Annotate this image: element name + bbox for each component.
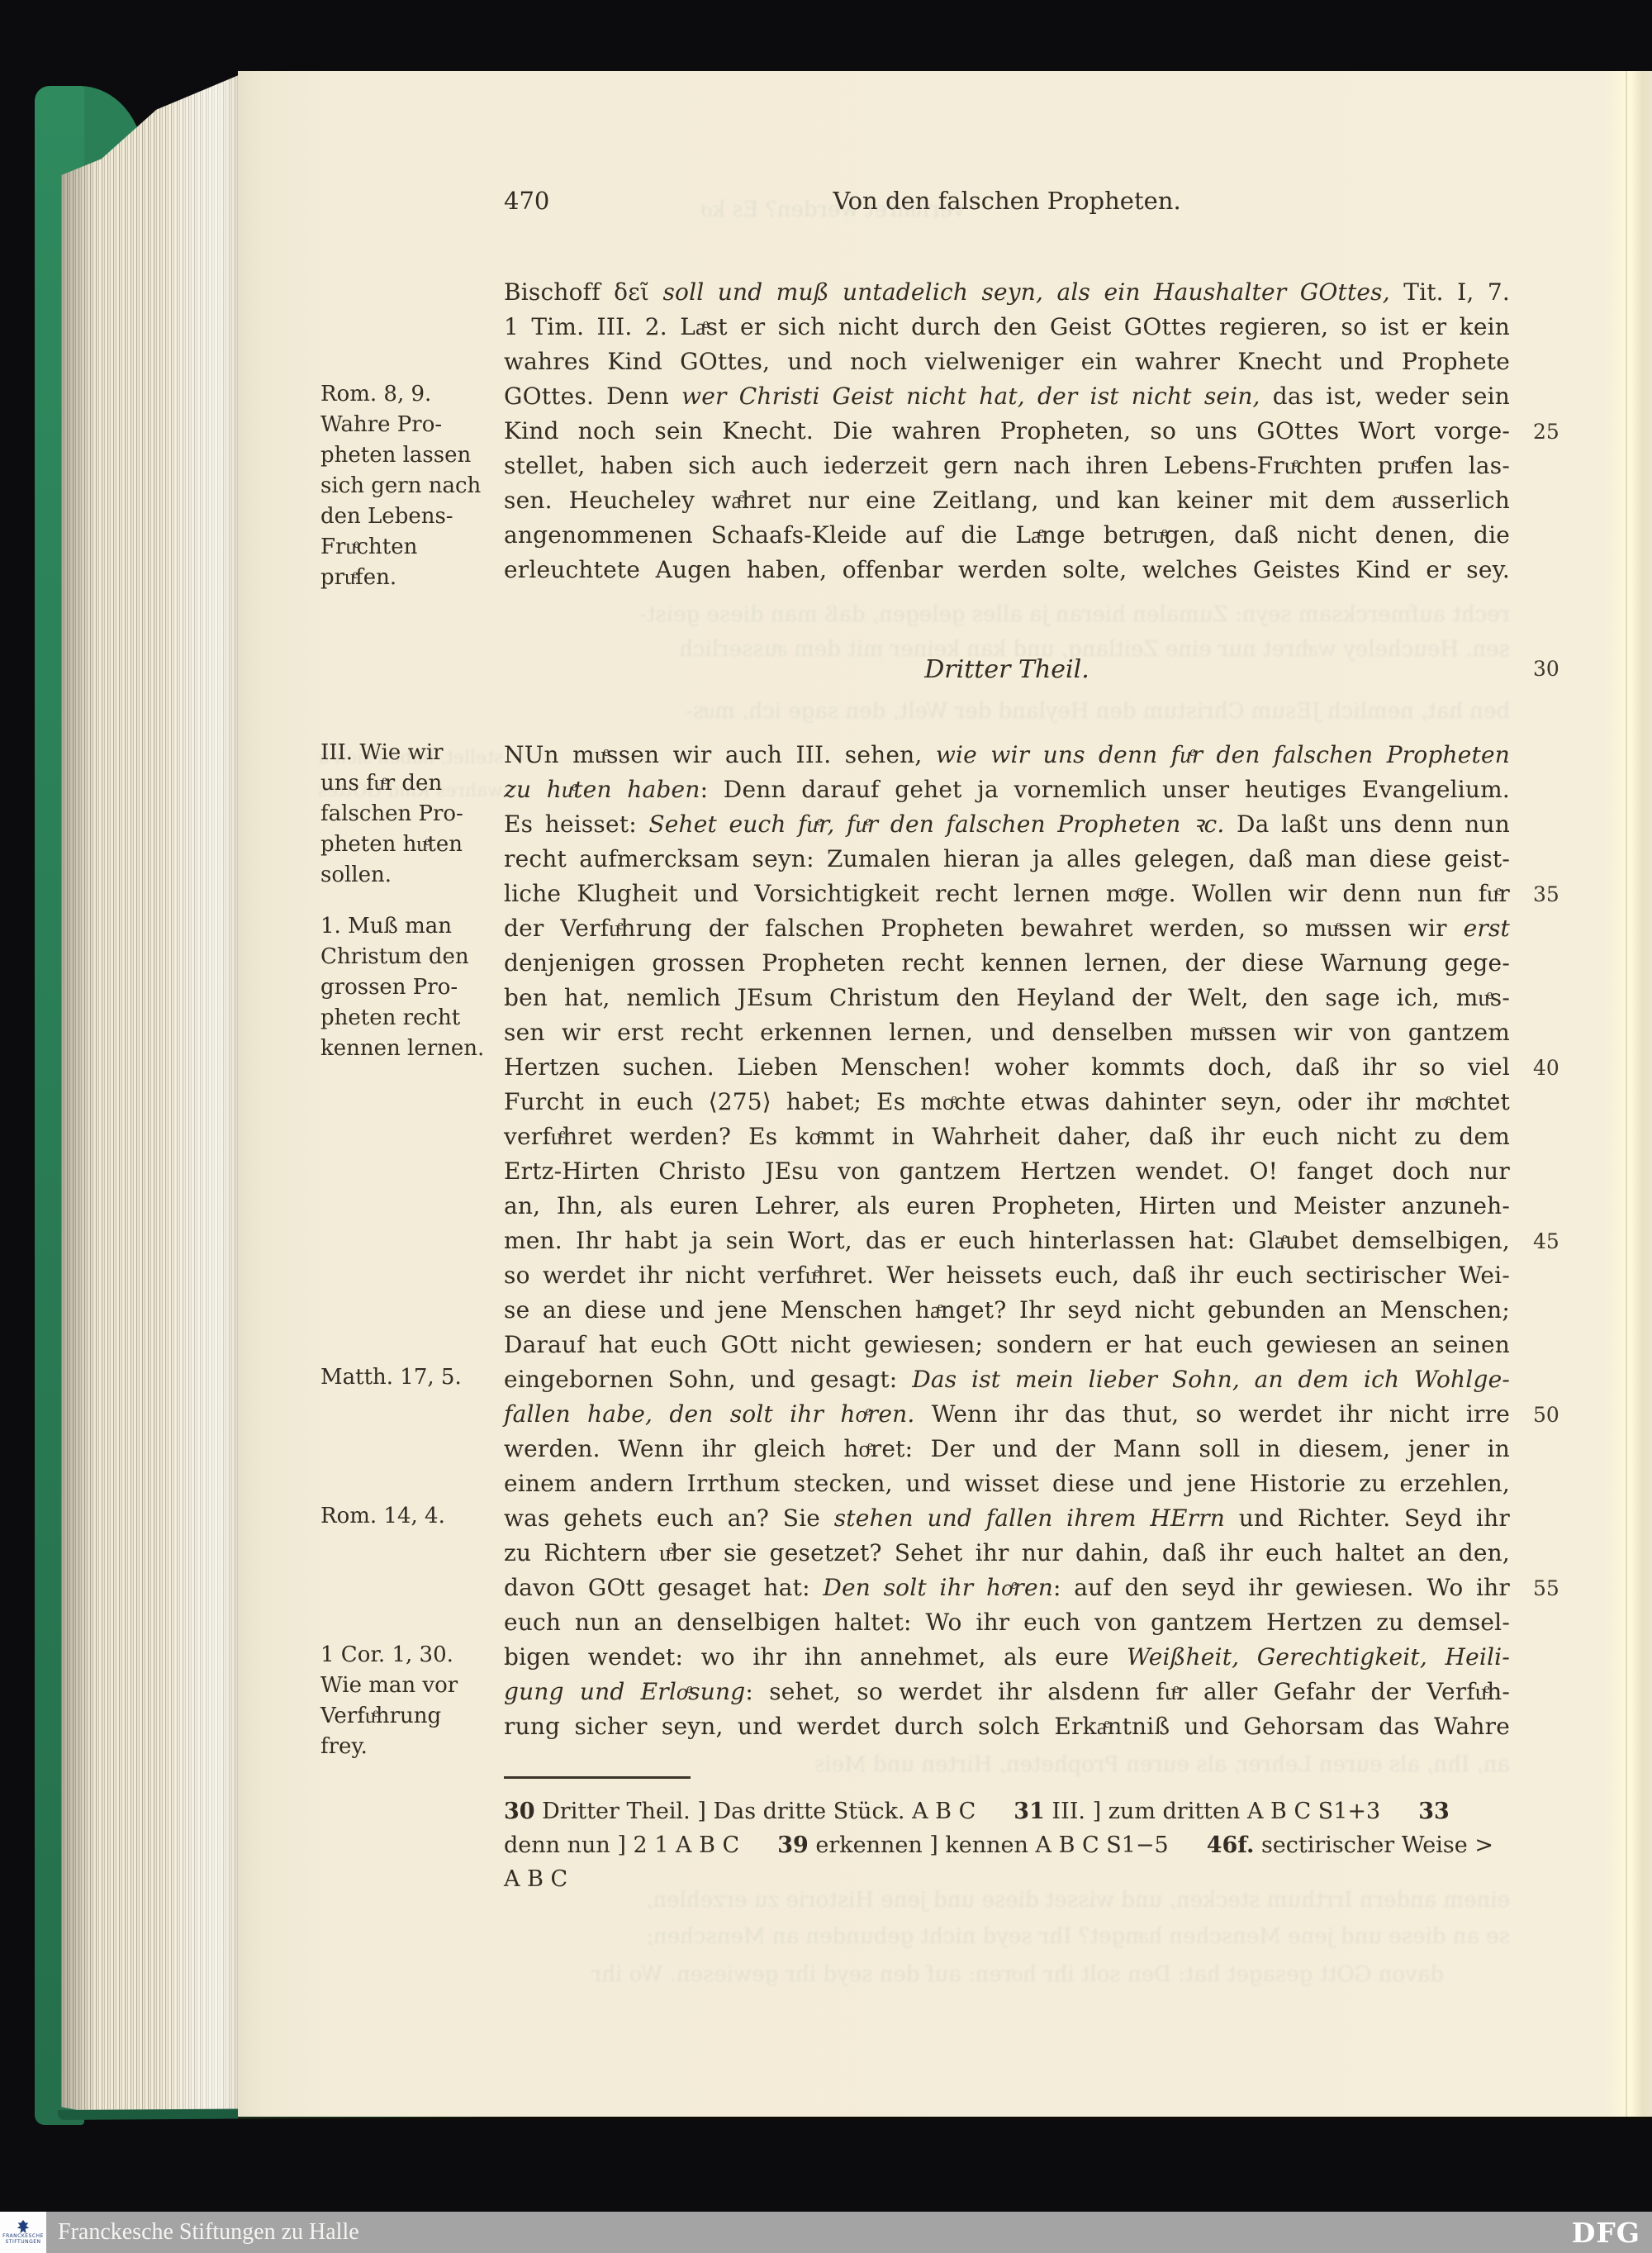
show-through-text: verfuͤhret werden? Es koͤmmt in Wahrheit… [700, 195, 965, 225]
line-number: 50 [1533, 1403, 1583, 1427]
body-text-line: Bischoff δεῖ soll und muß untadelich sey… [504, 275, 1510, 310]
body-text-line: rung sicher seyn, und werdet durch solch… [504, 1709, 1510, 1744]
body-text-line: NUn muͤssen wir auch III. sehen, wie wir… [504, 738, 1510, 772]
line-number: 55 [1533, 1576, 1583, 1600]
body-text-line: 1 Tim. III. 2. Laͤst er sich nicht durch… [504, 310, 1510, 345]
show-through-text: an, Ihn, als euren Lehrer, als euren Pro… [816, 1750, 1510, 1780]
body-text-line: Darauf hat euch GOtt nicht gewiesen; son… [504, 1328, 1510, 1362]
line-number: 35 [1533, 882, 1583, 906]
apparatus-entry-number: 31 [1014, 1799, 1045, 1824]
line-number: 40 [1533, 1056, 1583, 1080]
body-text-line: denjenigen grossen Propheten recht kenne… [504, 946, 1510, 981]
book-page: 470 Von den falschen Propheten. verfuͤhr… [238, 71, 1652, 2117]
margin-note: 1 Cor. 1, 30.Wie man vorVerfuͤhrungfrey. [320, 1640, 506, 1762]
running-title: Von den falschen Propheten. [504, 187, 1510, 215]
page-header: 470 Von den falschen Propheten. [504, 187, 1510, 221]
body-text-line: davon GOtt gesaget hat: Den solt ihr hoͤ… [504, 1571, 1510, 1605]
apparatus-entry-number: 30 [504, 1799, 535, 1824]
margin-note: Matth. 17, 5. [320, 1362, 506, 1393]
section-heading: Dritter Theil. [504, 651, 1510, 689]
body-text-line: bigen wendet: wo ihr ihn annehmet, als e… [504, 1640, 1510, 1675]
body-text-line: zu huͤten haben: Denn darauf gehet ja vo… [504, 772, 1510, 807]
body-text-line: eingebornen Sohn, und gesagt: Das ist me… [504, 1362, 1510, 1397]
footnote-rule [504, 1776, 691, 1779]
apparatus-entry-text: erkennen ] kennen A B C S1−5 [809, 1832, 1169, 1858]
francke-logo: FRANCKESCHE STIFTUNGEN [0, 2212, 46, 2253]
dfg-logo: DFG [1572, 2217, 1640, 2249]
line-number: 30 [1533, 657, 1583, 681]
body-text-line: der Verfuͤhrung der falschen Propheten b… [504, 911, 1510, 946]
body-text-line: sen wir erst recht erkennen lernen, und … [504, 1015, 1510, 1050]
body-text-line: Es heisset: Sehet euch fuͤr, fuͤr den fa… [504, 807, 1510, 842]
body-text-line: Hertzen suchen. Lieben Menschen! woher k… [504, 1050, 1510, 1085]
francke-logo-line2: STIFTUNGEN [5, 2239, 40, 2245]
page-gutter-fold [1626, 71, 1627, 2117]
body-text-line: Ertz-Hirten Christo JEsu von gantzem Her… [504, 1154, 1510, 1189]
institution-name: Franckesche Stiftungen zu Halle [58, 2219, 359, 2246]
body-text-line: Furcht in euch ⟨275⟩ habet; Es moͤchte e… [504, 1085, 1510, 1119]
viewer-footer-bar: FRANCKESCHE STIFTUNGEN Franckesche Stift… [0, 2212, 1652, 2253]
show-through-text: recht aufmercksam seyn: Zumalen hieran j… [504, 600, 1510, 630]
apparatus-entry-text: denn nun ] 2 1 A B C [504, 1832, 739, 1858]
page-fore-edge [61, 73, 244, 2123]
apparatus-entry-text: Dritter Theil. ] Das dritte Stück. A B C [535, 1799, 976, 1824]
apparatus-entry-number: 39 [777, 1832, 809, 1858]
line-number: 25 [1533, 420, 1583, 444]
body-text-line: Kind noch sein Knecht. Die wahren Prophe… [504, 414, 1510, 449]
francke-logo-line1: FRANCKESCHE [2, 2233, 44, 2239]
body-text-line: fallen habe, den solt ihr hoͤren. Wenn i… [504, 1397, 1510, 1432]
body-text-line: sen. Heucheley waͤhret nur eine Zeitlang… [504, 483, 1510, 518]
francke-emblem-icon [16, 2220, 31, 2233]
body-text-line: se an diese und jene Menschen haͤnget? I… [504, 1293, 1510, 1328]
show-through-text: davon GOtt gesaget hat: Den solt ihr hoͤ… [535, 1960, 1444, 1989]
body-text-line: angenommenen Schaafs-Kleide auf die Laͤn… [504, 518, 1510, 553]
body-text-line: stellet, haben sich auch iederzeit gern … [504, 449, 1510, 483]
body-text-line: euch nun an denselbigen haltet: Wo ihr e… [504, 1605, 1510, 1640]
body-text-line: recht aufmercksam seyn: Zumalen hieran j… [504, 842, 1510, 877]
scanned-book-viewport: 470 Von den falschen Propheten. verfuͤhr… [0, 0, 1652, 2253]
apparatus-entry-text: III. ] zum dritten A B C S1+3 [1045, 1799, 1380, 1824]
body-text-line: verfuͤhret werden? Es koͤmmt in Wahrheit… [504, 1119, 1510, 1154]
body-text-line: wahres Kind GOttes, und noch vielweniger… [504, 345, 1510, 379]
margin-note: 1. Muß manChristum dengrossen Pro-pheten… [320, 911, 506, 1064]
body-text-line: was gehets euch an? Sie stehen und falle… [504, 1501, 1510, 1536]
show-through-text: ben hat, nemlich JEsum Christum den Heyl… [504, 696, 1510, 726]
body-text-line: men. Ihr habt ja sein Wort, das er euch … [504, 1224, 1510, 1258]
page-gutter-highlight [1604, 71, 1652, 2117]
body-text-line: werden. Wenn ihr gleich hoͤret: Der und … [504, 1432, 1510, 1466]
apparatus-entry-number: 33 [1418, 1799, 1450, 1824]
body-text-line: so werdet ihr nicht verfuͤhret. Wer heis… [504, 1258, 1510, 1293]
body-text-line: gung und Erloͤsung: sehet, so werdet ihr… [504, 1675, 1510, 1709]
apparatus-entry-number: 46f. [1207, 1832, 1255, 1858]
body-text-line: ben hat, nemlich JEsum Christum den Heyl… [504, 981, 1510, 1015]
body-text-line: erleuchtete Augen haben, offenbar werden… [504, 553, 1510, 587]
body-text-line: GOttes. Denn wer Christi Geist nicht hat… [504, 379, 1510, 414]
body-text-line: einem andern Irrthum stecken, und wisset… [504, 1466, 1510, 1501]
margin-note: Rom. 8, 9.Wahre Pro-pheten lassensich ge… [320, 379, 506, 593]
critical-apparatus: 30 Dritter Theil. ] Das dritte Stück. A … [504, 1794, 1510, 1896]
body-text-line: zu Richtern uͤber sie gesetzet? Sehet ih… [504, 1536, 1510, 1571]
margin-note: Rom. 14, 4. [320, 1501, 506, 1532]
margin-note: III. Wie wiruns fuͤr denfalschen Pro-phe… [320, 738, 506, 891]
body-text-line: an, Ihn, als euren Lehrer, als euren Pro… [504, 1189, 1510, 1224]
body-text-line: liche Klugheit und Vorsichtigkeit recht … [504, 877, 1510, 911]
show-through-text: se an diese und jene Menschen haͤnget? I… [504, 1922, 1510, 1951]
line-number: 45 [1533, 1229, 1583, 1253]
